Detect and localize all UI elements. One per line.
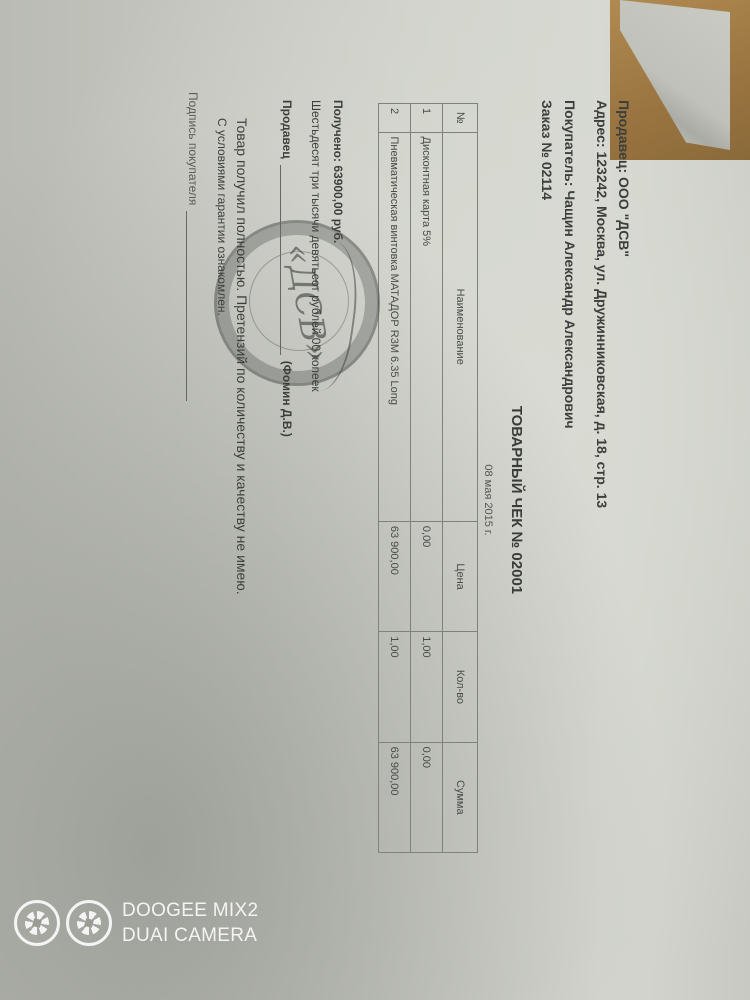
row-num: 1 [411, 104, 443, 133]
warranty-line: С условиями гарантии ознакомлен. [215, 118, 229, 316]
header-sum: Сумма [443, 742, 478, 852]
buyer-signature-line [186, 211, 199, 401]
row-sum: 0,00 [411, 742, 443, 852]
received-line: Получено: 63900,00 руб. [331, 100, 345, 243]
seller-signature-line [280, 165, 293, 355]
buyer-signature-row: Подпись покупателя [186, 92, 200, 407]
row-name: Пневматическая винтовка МАТАДОР R3M 6.35… [379, 132, 411, 521]
camera-aperture-icon [66, 900, 112, 946]
table-row: 2 Пневматическая винтовка МАТАДОР R3M 6.… [379, 104, 411, 853]
row-num: 2 [379, 104, 411, 133]
camera-aperture-icon [14, 900, 60, 946]
items-table: № Наименование Цена Кол-во Сумма 1 Диско… [378, 103, 478, 853]
header-num: № [443, 104, 478, 133]
order-line: Заказ № 02114 [539, 100, 555, 200]
address-line: Адрес: 123242, Москва, ул. Дружинниковск… [594, 100, 610, 508]
row-sum: 63 900,00 [379, 742, 411, 852]
camera-watermark: DOOGEE MIX2 DUAI CAMERA [14, 898, 258, 948]
receipt-date: 08 мая 2015 г. [482, 300, 494, 700]
seller-sign-label: Продавец [280, 100, 294, 159]
receipt-document: Продавец: ООО "ДСВ" Адрес: 123242, Москв… [0, 0, 750, 1000]
seller-sign-name: (Фомин Д.В.) [280, 361, 294, 437]
confirm-line: Товар получил полностью. Претензий по ко… [234, 118, 250, 595]
row-name: Дисконтная карта 5% [411, 132, 443, 521]
table-header-row: № Наименование Цена Кол-во Сумма [443, 104, 478, 853]
header-name: Наименование [443, 132, 478, 521]
buyer-line: Покупатель: Чащин Александр Александрови… [562, 100, 578, 429]
row-price: 63 900,00 [379, 521, 411, 631]
header-price: Цена [443, 521, 478, 631]
buyer-sign-label: Подпись покупателя [186, 92, 200, 205]
row-price: 0,00 [411, 521, 443, 631]
seller-line: Продавец: ООО "ДСВ" [616, 100, 632, 257]
header-qty: Кол-во [443, 632, 478, 742]
table-row: 1 Дисконтная карта 5% 0,00 1,00 0,00 [411, 104, 443, 853]
watermark-line2: DUAI CAMERA [122, 923, 258, 948]
row-qty: 1,00 [411, 632, 443, 742]
watermark-text: DOOGEE MIX2 DUAI CAMERA [122, 898, 258, 948]
seller-signature-row: Продавец(Фомин Д.В.) [280, 100, 294, 437]
watermark-line1: DOOGEE MIX2 [122, 898, 258, 923]
amount-words: Шестьдесят три тысячи девятьсот рублей 0… [309, 100, 323, 392]
receipt-title: ТОВАРНЫЙ ЧЕК № 02001 [508, 300, 525, 700]
row-qty: 1,00 [379, 632, 411, 742]
